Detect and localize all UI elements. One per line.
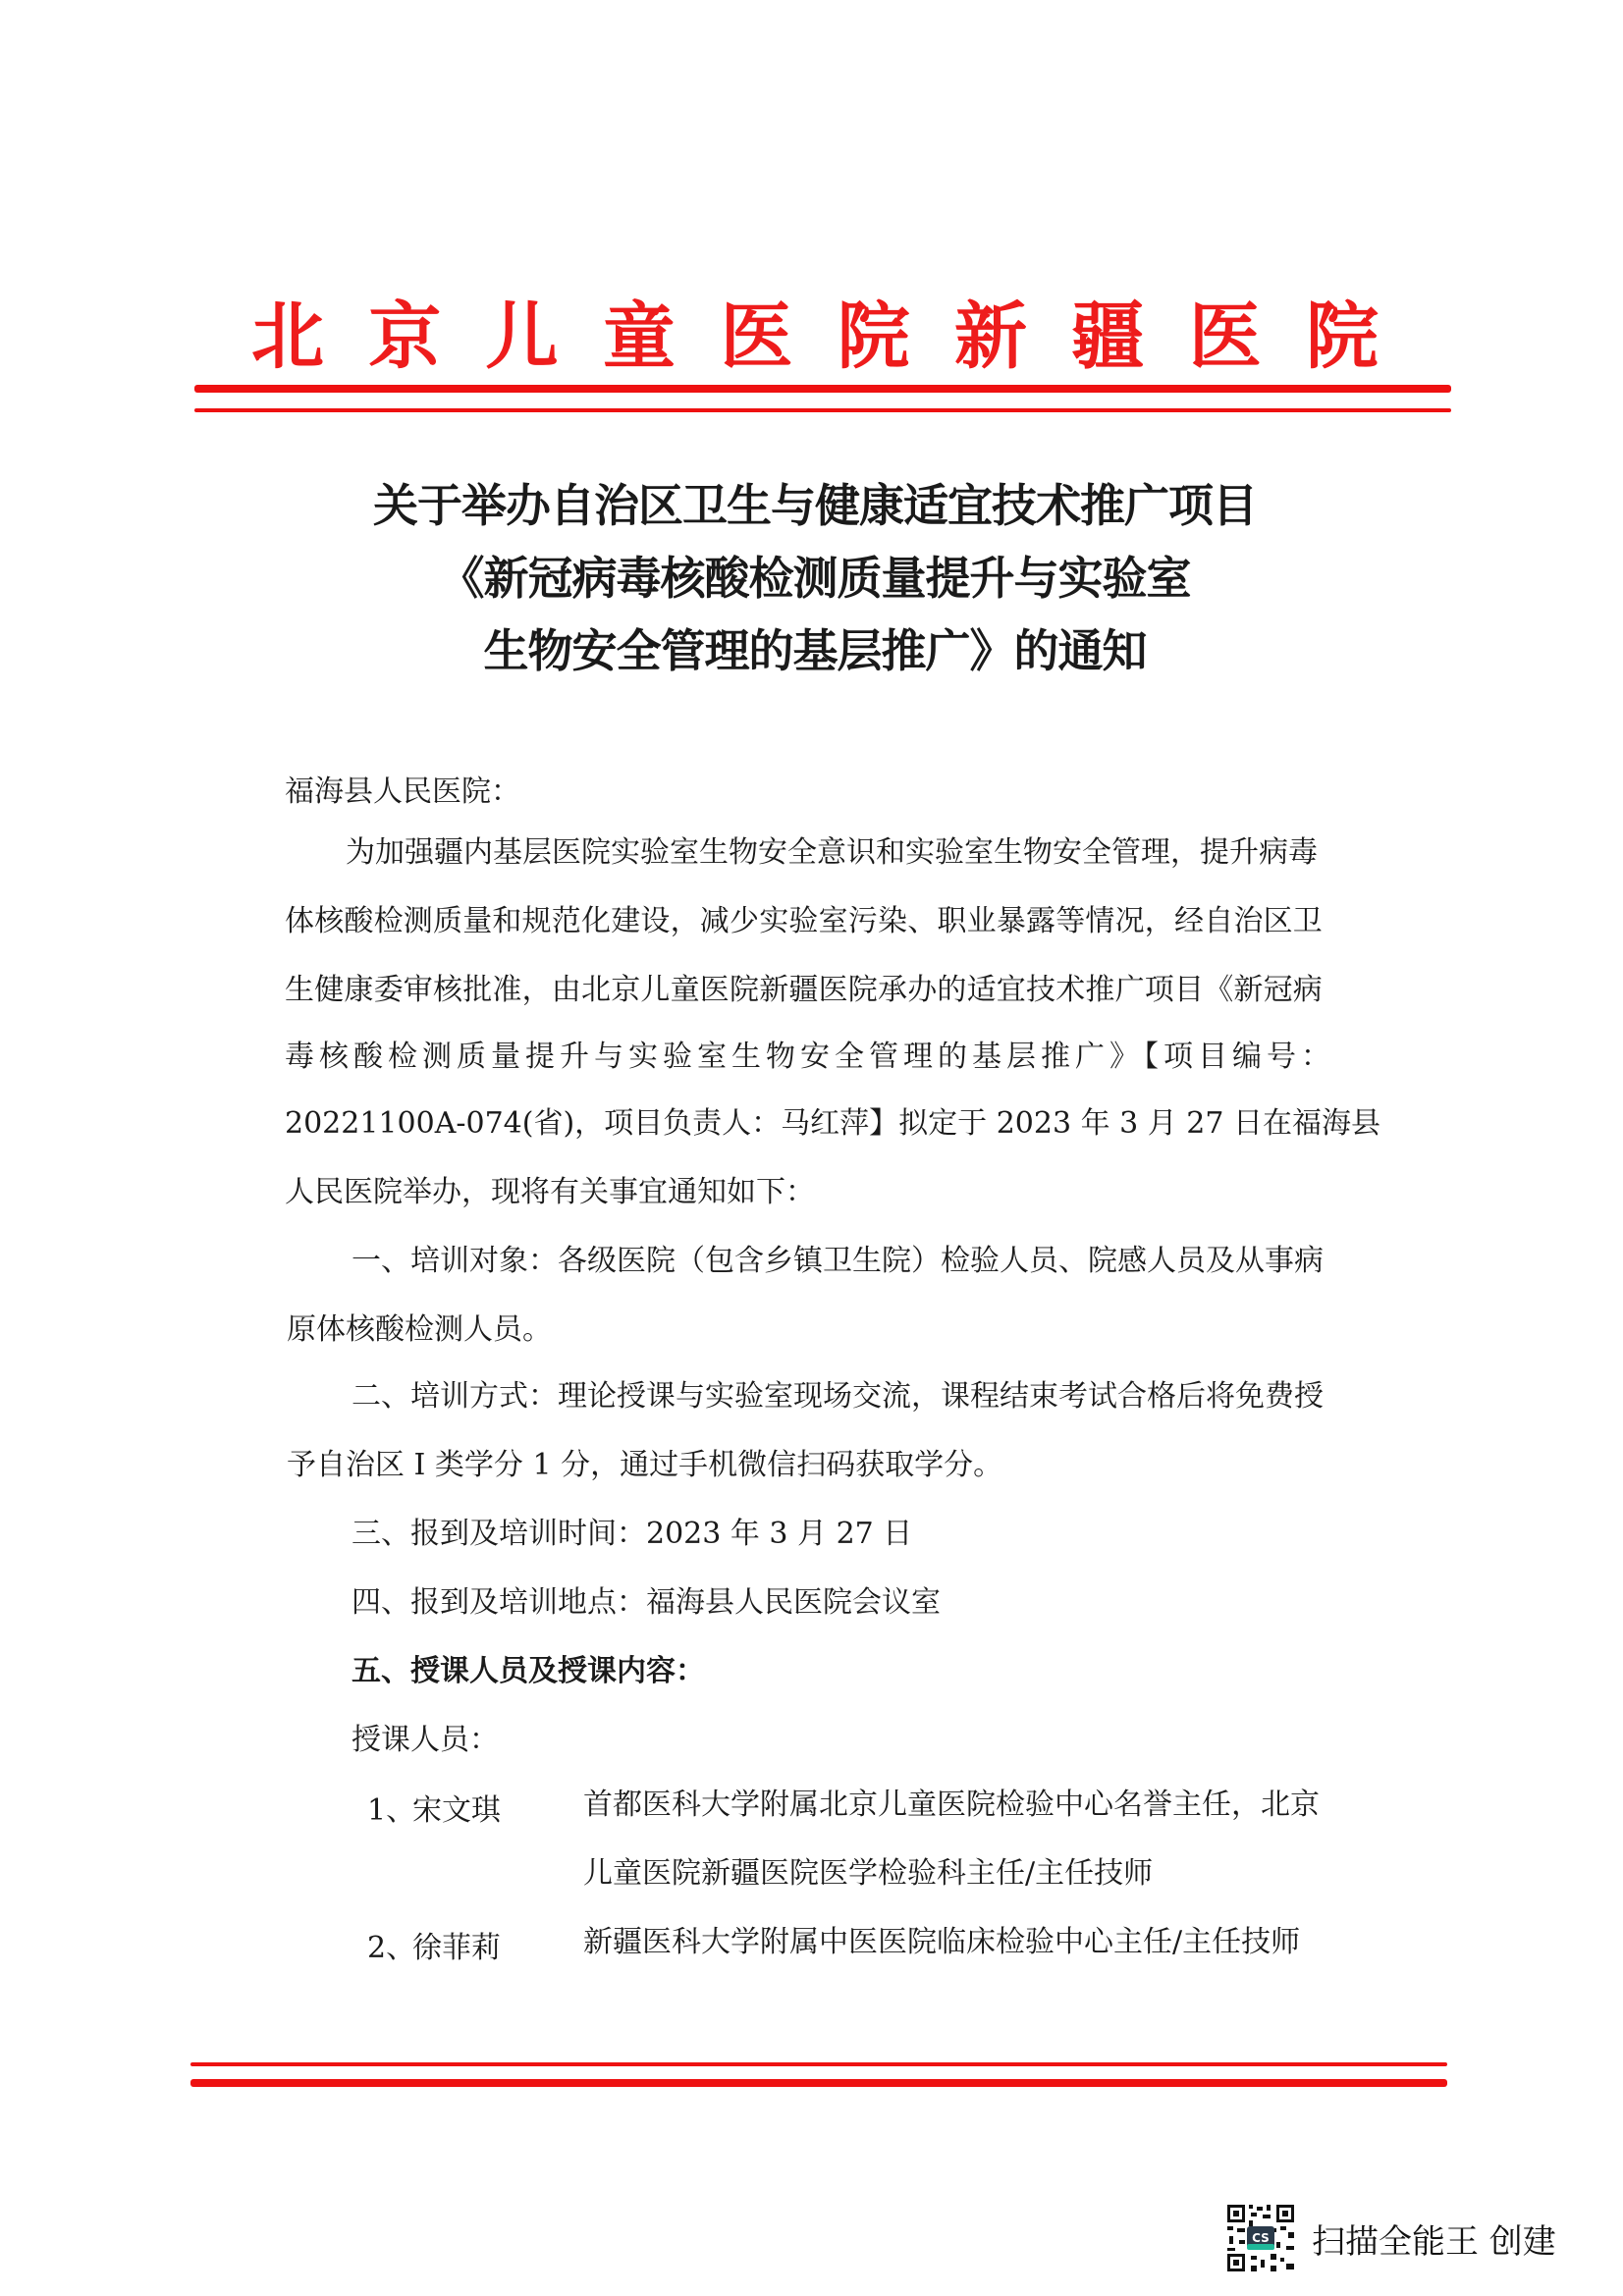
scanner-watermark-label: 扫描全能王 创建 [1312, 2215, 1556, 2263]
intro-line: 人民医院举办，现将有关事宜通知如下： [285, 1176, 815, 1209]
header-thin-divider [194, 408, 1451, 412]
svg-text:CS: CS [1252, 2231, 1270, 2245]
instructor-title: 新疆医科大学附属中医医院临床检验中心主任/主任技师 [583, 1926, 1300, 1959]
section-training-time: 三、报到及培训时间：2023 年 3 月 27 日 [352, 1518, 912, 1551]
qr-code-icon: CS [1225, 2203, 1296, 2273]
letterhead-char: 儿 [486, 300, 559, 373]
section-instructors-heading: 五、授课人员及授课内容： [352, 1655, 705, 1688]
letterhead-char: 新 [954, 300, 1027, 373]
instructor-name: 宋文琪 [412, 1794, 501, 1828]
instructors-label: 授课人员： [352, 1724, 499, 1757]
letterhead-char: 医 [720, 300, 792, 373]
instructor-title: 首都医科大学附属北京儿童医院检验中心名誉主任，北京 [583, 1789, 1320, 1822]
footer-thin-divider [190, 2062, 1447, 2066]
section-training-method-cont: 予自治区 I 类学分 1 分，通过手机微信扫码获取学分。 [287, 1449, 1002, 1482]
title-line-2: 《新冠病毒核酸检测质量提升与实验室 [196, 542, 1434, 614]
instructor-number: 1、 [367, 1794, 415, 1828]
intro-line: 生健康委审核批准，由北京儿童医院新疆医院承办的适宜技术推广项目《新冠病 [285, 974, 1323, 1007]
title-line-3: 生物安全管理的基层推广》的通知 [196, 614, 1434, 687]
instructor-name: 徐菲莉 [412, 1932, 501, 1965]
instructor-number: 2、 [367, 1932, 415, 1965]
intro-line: 体核酸检测质量和规范化建设，减少实验室污染、职业暴露等情况，经自治区卫 [285, 905, 1323, 938]
section-training-target: 一、培训对象：各级医院（包含乡镇卫生院）检验人员、院感人员及从事病 [352, 1245, 1324, 1278]
letterhead-char: 疆 [1071, 300, 1144, 373]
instructor-title: 儿童医院新疆医院医学检验科主任/主任技师 [583, 1857, 1153, 1891]
letterhead-char: 京 [368, 300, 441, 373]
letterhead-char: 北 [251, 300, 324, 373]
section-training-method: 二、培训方式：理论授课与实验室现场交流，课程结束考试合格后将免费授 [352, 1380, 1324, 1414]
letterhead-char: 院 [838, 300, 910, 373]
header-thick-divider [194, 385, 1451, 393]
section-training-target-cont: 原体核酸检测人员。 [287, 1313, 552, 1347]
letterhead-char: 医 [1189, 300, 1262, 373]
title-line-1: 关于举办自治区卫生与健康适宜技术推广项目 [196, 469, 1434, 542]
intro-line: 为加强疆内基层医院实验室生物安全意识和实验室生物安全管理，提升病毒 [346, 836, 1318, 870]
section-training-location: 四、报到及培训地点：福海县人民医院会议室 [352, 1586, 941, 1620]
notice-title: 关于举办自治区卫生与健康适宜技术推广项目 《新冠病毒核酸检测质量提升与实验室 生… [196, 469, 1434, 687]
intro-line: 毒核酸检测质量提升与实验室生物安全管理的基层推广》【项目编号： [285, 1041, 1335, 1074]
footer-thick-divider [190, 2079, 1447, 2087]
salutation: 福海县人民医院： [285, 775, 520, 809]
letterhead-char: 童 [603, 300, 676, 373]
letterhead-char: 院 [1306, 300, 1379, 373]
letterhead-organization-name: 北 京 儿 童 医 院 新 疆 医 院 [177, 283, 1453, 391]
intro-line: 20221100A-074(省)，项目负责人：马红萍】拟定于 2023 年 3 … [285, 1107, 1380, 1141]
